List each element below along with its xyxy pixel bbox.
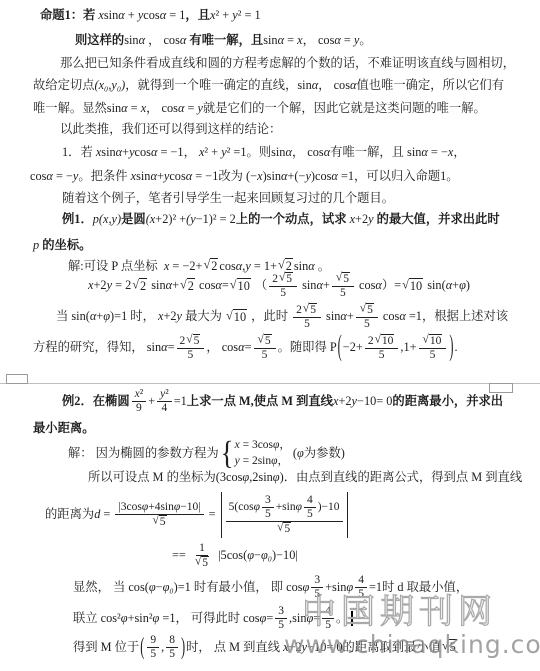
example-1-formula: x+2y = 2√2 sinα+√2 cosα=√10 （2√55 sinα+√… <box>88 272 470 300</box>
text-run: sin <box>263 33 277 49</box>
example-2-solution: 解： 因为椭圆的参数方程为{x = 3cosφ，y = 2sinφ，(φ为参数) <box>68 436 345 471</box>
text-run: |5cos( <box>215 548 247 564</box>
denominator: 4 <box>159 402 171 415</box>
text-run: 5 <box>430 349 436 362</box>
text-run: ² =1。则sin <box>227 145 286 161</box>
fraction: y²4 <box>157 388 172 415</box>
denominator: 5 <box>304 508 316 521</box>
text-run: 联立 cos² <box>73 611 121 627</box>
cases-rows: x = 3cosφ，y = 2sinφ， <box>235 438 291 469</box>
text-run: ， <box>279 438 291 454</box>
numerator: 2√5 <box>269 272 297 287</box>
numerator: √5 <box>356 303 378 318</box>
math-run: φ₀ <box>261 548 272 564</box>
conclusion-1-line: 1．若 xsinα+ycosα = −1， x² + y² =1。则sinα， … <box>62 145 466 161</box>
example-2-title: 例2．在椭圆x²9+y²4=1上求一点 M,使点 M 到直线x+2y−10= 0… <box>62 388 503 415</box>
text-run: 9 <box>136 402 142 415</box>
radicand: 5 <box>366 303 374 317</box>
big-parenthesis: ) <box>449 329 453 367</box>
text-run: （ <box>252 278 267 294</box>
text-run: 。随即得 P <box>278 340 337 356</box>
fraction: 2√55 <box>269 272 297 300</box>
denominator: 5 <box>361 318 373 331</box>
text-run: 故给定切点 <box>33 78 95 94</box>
math-run: φ <box>459 278 466 294</box>
text-run: cos <box>135 145 151 161</box>
text-run: 解： 因为椭圆的参数方程为 <box>68 446 219 462</box>
text-run: + <box>452 278 459 294</box>
text-run: 5 <box>262 349 268 362</box>
text-run: 5 <box>304 318 310 331</box>
denominator: 5 <box>262 508 274 521</box>
radicand: 10 <box>233 309 247 326</box>
radical-sign: √ <box>402 277 409 293</box>
text-run: +sin² <box>128 611 153 627</box>
fraction: 85 <box>166 634 178 661</box>
numerator: √5 <box>332 272 354 287</box>
text-run: sin <box>148 278 165 294</box>
sqrt-expression: √5 <box>336 272 350 286</box>
fraction: |3cosφ+4sinφ−10|√5 <box>115 501 203 529</box>
denominator: 5 <box>147 648 159 661</box>
paragraph-line: 随着这个例子，笔者引导学生一起来回顾复习过的几个题目。 <box>62 191 394 207</box>
bold-text-run: 命题1：若 <box>40 8 98 24</box>
denominator: 5 <box>427 349 439 362</box>
math-run: (y <box>186 212 196 228</box>
text-run: − <box>156 580 163 596</box>
sqrt-expression: √10 <box>230 278 251 295</box>
text-run: +4sin <box>148 501 174 514</box>
cases-system: {x = 3cosφ，y = 2sinφ， <box>221 436 291 471</box>
denominator: 5 <box>337 287 349 300</box>
math-run: φ <box>297 446 304 462</box>
text-run: , <box>161 640 164 656</box>
text-run: 9 <box>150 634 156 647</box>
text-run: = − <box>428 145 448 161</box>
text-run: 3 <box>278 605 284 618</box>
big-parenthesis: ( <box>140 632 144 664</box>
bold-text-run: 的最大值，并求出此时 <box>374 212 500 228</box>
fraction: √55 <box>254 334 276 362</box>
text-run: = <box>100 507 113 523</box>
text-run: = <box>284 33 297 49</box>
radicand: 5 <box>264 334 272 348</box>
text-run: −10| <box>180 501 200 514</box>
text-run: 2 <box>368 335 374 348</box>
text-run: cos <box>356 278 375 294</box>
paragraph-line: 那么把已知条件看成直线和圆的方程考虑解的个数的话，不难证明该直线与圆相切， <box>60 56 515 72</box>
text-run: 5 <box>340 287 346 300</box>
text-run: = − <box>53 169 73 185</box>
text-run: cos <box>196 278 215 294</box>
denominator: 5 <box>166 648 178 661</box>
math-run: (x₀,y₀) <box>95 78 126 94</box>
text-run: =1， 可得此时 cos <box>159 611 259 627</box>
text-run: )sin <box>263 169 281 185</box>
text-run: + <box>96 309 103 325</box>
text-run: ² <box>140 388 143 401</box>
text-run: = <box>266 611 273 627</box>
radicand: 5 <box>283 522 291 536</box>
text-run: 5 <box>379 349 385 362</box>
text-run: )．由点到直线的距离公式，得到点 M 到直线 <box>280 470 523 486</box>
example-2-step: 所以可设点 M 的坐标为(3cosφ,2sinφ)．由点到直线的距离公式，得到点… <box>88 470 522 486</box>
sqrt-expression: √10 <box>226 309 247 326</box>
numerator: |3cosφ+4sinφ−10| <box>115 501 203 515</box>
cases-row: y = 2sinφ， <box>235 454 291 470</box>
text-run: 2 <box>296 304 302 317</box>
text-run: == <box>172 548 189 564</box>
sqrt-expression: √2 <box>180 278 195 295</box>
absolute-value-bar <box>347 492 348 538</box>
math-run: φ <box>103 309 110 325</box>
text-run: = 2sin <box>240 454 271 470</box>
text-run: cos <box>380 309 399 325</box>
math-run: p(x,y) <box>93 212 121 228</box>
document-page: 命题1：若 xsinα + ycosα = 1，且x² + y² = 1则这样的… <box>0 0 540 671</box>
fraction: 5(cosφ35+sinφ45)−10√5 <box>226 494 343 537</box>
text-run: = −1改为 (− <box>192 169 257 185</box>
text-run: 5 <box>150 648 156 661</box>
bold-text-run: ，且 <box>185 8 210 24</box>
text-run: ² + <box>215 8 232 24</box>
fraction: 1√5 <box>191 542 213 570</box>
radical-sign: √ <box>195 556 201 569</box>
text-run: = 2 <box>112 278 131 294</box>
radical-sign: √ <box>303 303 309 316</box>
text-run: )=1 时有最小值， 即 cos <box>174 580 303 596</box>
text-run: 2 <box>272 273 278 286</box>
math-run: φ <box>242 470 249 486</box>
text-run: 就是它们的一个解，因此它就是这类问题的唯一解。 <box>203 101 486 117</box>
text-run: −2+ <box>343 340 363 356</box>
text-run: 5(cos <box>229 501 254 514</box>
text-run: ， cos <box>146 101 178 117</box>
text-run: cos <box>169 169 185 185</box>
text-run: ，就得到一个唯一确定的直线，sin <box>125 78 312 94</box>
radical-sign: √ <box>152 515 158 528</box>
fraction: x²9 <box>132 388 147 415</box>
numerator: √10 <box>419 334 447 349</box>
text-run: 有唯一解，且 sin <box>330 145 421 161</box>
text-run: 8 <box>169 634 175 647</box>
text-run: =1，根据上述对该 <box>406 309 508 325</box>
text-run: = <box>184 101 197 117</box>
text-run: = <box>245 340 252 356</box>
text-run: ) <box>466 278 470 294</box>
page-break-divider <box>0 383 540 384</box>
text-run: ，此时 <box>248 309 291 325</box>
radicand: 10 <box>237 278 251 295</box>
text-run: −1)² = 2 <box>196 212 236 228</box>
proposition-1-body: 则这样的sinα ， cosα 有唯一解，且sinα = x， cosα = y… <box>75 33 372 49</box>
text-run: −10= 0 <box>357 394 392 410</box>
text-run: 最大为 <box>182 309 225 325</box>
bold-text-run: 例1． <box>62 212 93 228</box>
fraction: 35 <box>262 494 274 521</box>
text-run: 1 <box>199 542 205 555</box>
text-run: − <box>254 548 261 564</box>
bold-text-run: 上求一点 M,使点 M 到直线 <box>187 394 333 410</box>
bold-text-run: 是圆 <box>121 212 146 228</box>
math-run: φ <box>121 611 128 627</box>
example-1-step: 当 sin(α+φ)=1 时， x+2y 最大为 √10 ，此时 2√55 si… <box>56 303 508 331</box>
radical-sign: √ <box>277 522 283 535</box>
numerator: 2√10 <box>365 334 399 349</box>
text-run: + <box>347 309 354 325</box>
text-run: +(− <box>287 169 305 185</box>
numerator: 5(cosφ35+sinφ45)−10 <box>226 494 343 522</box>
text-run: cos <box>143 8 159 24</box>
bold-text-run: 则这样的 <box>75 33 124 49</box>
big-parenthesis: ( <box>338 329 342 367</box>
text-run: + <box>125 8 138 24</box>
text-run: 唯一解。显然sin <box>33 101 121 117</box>
text-run: 4 <box>162 402 168 415</box>
radical-sign: √ <box>230 277 237 293</box>
denominator: 5 <box>259 349 271 362</box>
text-run: ,1+ <box>400 340 416 356</box>
bold-text-run: 的坐标。 <box>39 238 91 254</box>
radicand: 10 <box>429 334 443 348</box>
text-run: 5 <box>188 349 194 362</box>
numerator: 2√5 <box>177 334 205 349</box>
paragraph-line: 唯一解。显然sinα = x， cosα = y就是它们的一个解，因此它就是这类… <box>33 101 486 117</box>
example-2-title: 最小距离。 <box>33 421 95 437</box>
sqrt-expression: √10 <box>402 278 423 295</box>
text-run: +2 <box>163 309 176 325</box>
text-run: 当 sin( <box>56 309 90 325</box>
math-run: φ <box>254 501 260 514</box>
text-run: 的距离为 <box>45 507 94 523</box>
numerator: 9 <box>147 634 159 648</box>
proposition-1-title: 命题1：若 xsinα + ycosα = 1，且x² + y² = 1 <box>40 8 261 24</box>
text-run: 。把条件 <box>78 169 130 185</box>
text-run: 为参数) <box>304 446 345 462</box>
fraction: 45 <box>304 494 316 521</box>
text-run: + <box>172 278 179 294</box>
numerator: 8 <box>166 634 178 648</box>
radicand: 5 <box>342 272 350 286</box>
denominator: 5 <box>301 318 313 331</box>
text-run: ， cos <box>206 340 238 356</box>
radicand: 5 <box>159 515 167 529</box>
text-run: = <box>168 340 175 356</box>
sqrt-expression: √5 <box>258 334 272 348</box>
sqrt-expression: √10 <box>423 334 443 348</box>
radicand: 10 <box>381 334 395 348</box>
text-run: sin <box>136 169 150 185</box>
sqrt-expression: √5 <box>279 272 293 286</box>
text-run: =1，可以归入命题1。 <box>338 169 459 185</box>
sqrt-expression: √5 <box>303 303 317 317</box>
numerator: 3 <box>275 605 287 619</box>
text-run: ， cos <box>318 78 350 94</box>
radical-sign: √ <box>186 334 192 347</box>
text-run: ， <box>278 454 290 470</box>
fraction: 2√55 <box>177 334 205 362</box>
radical-sign: √ <box>360 303 366 316</box>
text-run: = <box>128 101 141 117</box>
text-run: . <box>454 340 457 356</box>
math-run: φ <box>273 470 280 486</box>
text-run: sin <box>124 33 138 49</box>
text-run: ² = 1 <box>238 8 261 24</box>
absolute-value-bar <box>221 492 222 538</box>
math-run: φ <box>260 611 267 627</box>
text-run: +2 <box>355 212 368 228</box>
text-run: sin <box>299 278 316 294</box>
bold-text-run: 上的一个动点，试求 <box>236 212 350 228</box>
text-run: sin <box>104 8 118 24</box>
text-run: sin <box>101 145 115 161</box>
text-run: = <box>206 507 219 523</box>
radical-sign: √ <box>180 277 187 293</box>
denominator: 5 <box>376 349 388 362</box>
example-2-distance-formula: == 1√5 |5cos(φ−φ₀)−10| <box>172 542 298 570</box>
fraction: 2√55 <box>293 303 321 331</box>
text-run: 那么把已知条件看成直线和圆的方程考虑解的个数的话，不难证明该直线与圆相切， <box>60 56 515 72</box>
bold-text-run: 例2．在椭圆 <box>62 394 130 410</box>
fraction: 35 <box>275 605 287 632</box>
numerator: 3 <box>262 494 274 508</box>
text-run: 得到 M 位于 <box>73 640 139 656</box>
radicand: 10 <box>409 278 423 295</box>
math-run: φ₀ <box>163 580 174 596</box>
radicand: 5 <box>309 303 317 317</box>
radical-sign: √ <box>423 334 429 347</box>
numerator: 2√5 <box>293 303 321 318</box>
text-run: sin <box>323 309 340 325</box>
numerator: x² <box>132 388 147 402</box>
text-run: )=1 时， <box>110 309 158 325</box>
fraction: √55 <box>356 303 378 331</box>
text-run: ² <box>165 388 168 401</box>
brace-icon: { <box>221 432 234 474</box>
text-run: 随着这个例子，笔者引导学生一起来回顾复习过的几个题目。 <box>62 191 394 207</box>
page-margin-marker-left <box>6 374 28 384</box>
math-run: (x <box>146 212 156 228</box>
text-run: + <box>148 394 155 410</box>
text-run: = <box>222 278 229 294</box>
radicand: 2 <box>139 278 147 295</box>
fraction: 95 <box>147 634 159 661</box>
math-run: φ <box>153 611 160 627</box>
text-run: 显然， 当 cos( <box>73 580 149 596</box>
text-run: 以此类推，我们还可以得到这样的结论： <box>60 122 281 138</box>
denominator: 5 <box>185 349 197 362</box>
radical-sign: √ <box>375 334 381 347</box>
denominator: √5 <box>191 556 213 570</box>
radical-sign: √ <box>132 277 139 293</box>
text-run: = <box>341 33 354 49</box>
text-run: +sin <box>276 501 296 514</box>
sqrt-expression: √5 <box>186 334 200 348</box>
text-run: )−10| <box>272 548 298 564</box>
fraction: 2√105 <box>365 334 399 362</box>
text-run: |3cos <box>118 501 141 514</box>
text-run: ， cos <box>145 33 180 49</box>
fraction: √105 <box>419 334 447 362</box>
conclusion-1-line: cosα = −y。把条件 xsinα+ycosα = −1改为 (−x)sin… <box>30 169 459 185</box>
example-1-title: 例1．p(x,y)是圆(x+2)² +(y−1)² = 2上的一个动点，试求 x… <box>62 212 500 228</box>
math-run: φ <box>247 548 254 564</box>
sqrt-expression: √10 <box>375 334 395 348</box>
text-run: = −1， <box>157 145 199 161</box>
sqrt-expression: √5 <box>152 515 166 529</box>
radical-sign: √ <box>226 308 233 324</box>
math-run: φ <box>149 580 156 596</box>
text-run: 5 <box>364 318 370 331</box>
sqrt-expression: √5 <box>277 522 291 536</box>
radicand: 5 <box>285 272 293 286</box>
text-run: 5 <box>307 508 313 521</box>
denominator: 5 <box>277 287 289 300</box>
denominator: √5 <box>273 522 295 536</box>
text-run: +2)² + <box>155 212 186 228</box>
big-parenthesis: ) <box>181 632 185 664</box>
text-run: =1 <box>174 394 187 410</box>
text-run: 值也唯一确定，所以它们有 <box>356 78 504 94</box>
numerator: √5 <box>254 334 276 349</box>
radical-sign: √ <box>258 334 264 347</box>
text-run: ² + <box>204 145 221 161</box>
bold-text-run: 最小距离。 <box>33 421 95 437</box>
cases-row: x = 3cosφ， <box>235 438 291 454</box>
text-run: ）= <box>382 278 401 294</box>
radical-sign: √ <box>336 272 342 285</box>
numerator: 4 <box>304 494 316 508</box>
text-run: +2 <box>338 394 351 410</box>
text-run: 5 <box>265 508 271 521</box>
radicand: 5 <box>201 556 209 570</box>
text-run: 4 <box>307 494 313 507</box>
text-run: 5 <box>280 287 286 300</box>
text-run: 1．若 <box>62 145 96 161</box>
text-run: 。 <box>359 33 371 49</box>
text-run: +2 <box>93 278 106 294</box>
text-run: )cos <box>311 169 332 185</box>
example-1-title: p 的坐标。 <box>33 238 91 254</box>
bold-text-run: 有唯一解，且 <box>186 33 263 49</box>
text-run: ,2sin <box>249 470 273 486</box>
paragraph-line: 故给定切点(x₀,y₀)，就得到一个唯一确定的直线，sinα， cosα值也唯一… <box>33 78 504 94</box>
text-run: 方程的研究，得知， sin <box>33 340 161 356</box>
text-run: 5 <box>169 648 175 661</box>
sqrt-expression: √5 <box>360 303 374 317</box>
radicand: 2 <box>187 278 195 295</box>
text-run: 2 <box>180 335 186 348</box>
numerator: 1 <box>196 542 208 556</box>
text-run: = 1 <box>166 8 185 24</box>
radicand: 5 <box>193 334 201 348</box>
watermark-text: 中国期刊网 <box>302 584 497 633</box>
text-run: ， <box>453 145 465 161</box>
denominator: 9 <box>133 402 145 415</box>
denominator: √5 <box>148 515 170 529</box>
watermark-url: www.chinaqking.com <box>284 630 540 659</box>
numerator: y² <box>157 388 172 402</box>
paragraph-line: 以此类推，我们还可以得到这样的结论： <box>60 122 281 138</box>
text-run: ， cos <box>303 33 335 49</box>
example-1-result: 方程的研究，得知， sinα=2√55， cosα=√55。随即得 P(−2+2… <box>33 334 458 362</box>
text-run: 3 <box>265 494 271 507</box>
sqrt-expression: √2 <box>132 278 147 295</box>
radical-sign: √ <box>279 272 285 285</box>
text-run: 时， 点 M 到直线 <box>186 640 283 656</box>
text-run: ， cos <box>292 145 324 161</box>
text-run: = 3cos <box>240 438 273 454</box>
